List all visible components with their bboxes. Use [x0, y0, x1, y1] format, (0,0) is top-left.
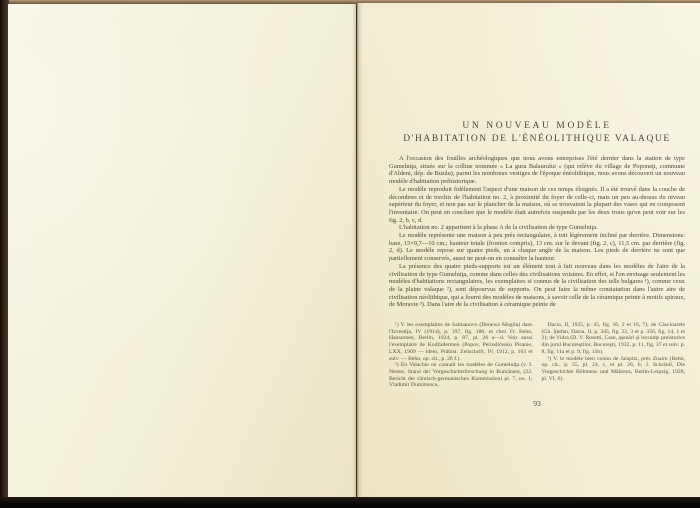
- article-text-block: UN NOUVEAU MODÈLE D'HABITATION DE L'ÉNÉO…: [389, 121, 685, 408]
- footnote-2-continuation: Dacia, II, 1925, p. 45, fig. 16, 2 et 16…: [542, 322, 686, 356]
- article-title-line2: D'HABITATION DE L'ÉNÉOLITHIQUE VALAQUE: [389, 134, 685, 144]
- article-body: A l'occasion des fouilles archéologiques…: [389, 155, 685, 309]
- body-paragraph-1: A l'occasion des fouilles archéologiques…: [389, 155, 685, 186]
- body-paragraph-3: L'habitation no. 2 appartient à la phase…: [389, 224, 685, 232]
- footnote-2: ²) En Valachie on connaît les modèles de…: [389, 362, 533, 389]
- footnote-1: ¹) V. les exemplaires de Salmanovo (Dene…: [389, 322, 533, 362]
- footnotes-section: ¹) V. les exemplaires de Salmanovo (Dene…: [389, 322, 685, 389]
- open-book-scan: UN NOUVEAU MODÈLE D'HABITATION DE L'ÉNÉO…: [0, 0, 700, 508]
- left-page-blank: [8, 4, 356, 497]
- footnotes-left-column: ¹) V. les exemplaires de Salmanovo (Dene…: [389, 322, 533, 389]
- right-page: UN NOUVEAU MODÈLE D'HABITATION DE L'ÉNÉO…: [357, 3, 700, 497]
- article-title-line1: UN NOUVEAU MODÈLE: [389, 121, 685, 131]
- body-paragraph-2: Le modèle reproduit fidèlement l'aspect …: [389, 186, 685, 225]
- book-cover-bottom-edge: [0, 497, 700, 508]
- article-title: UN NOUVEAU MODÈLE D'HABITATION DE L'ÉNÉO…: [389, 121, 685, 144]
- body-paragraph-4: Le modèle représente une maison à peu pr…: [389, 232, 685, 263]
- book-gutter: [352, 3, 363, 497]
- footnotes-right-column: Dacia, II, 1925, p. 45, fig. 16, 2 et 16…: [542, 322, 686, 389]
- body-paragraph-5: La présence des quatre pieds-supports es…: [389, 263, 685, 309]
- footnote-3: ³) V. le modèle bien connu de Jaispitz, …: [542, 356, 686, 383]
- page-number: 93: [389, 399, 685, 408]
